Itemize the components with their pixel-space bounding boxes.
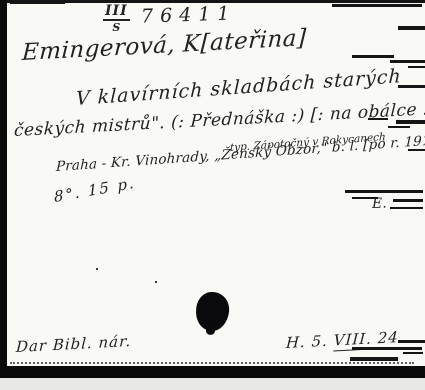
scan-streak [390, 207, 423, 209]
scan-streak [388, 126, 410, 128]
scan-streak [352, 197, 378, 199]
scan-streak [345, 190, 423, 193]
accession-date-year: 24 [377, 328, 399, 347]
call-number-class: III S [103, 4, 130, 33]
scan-streak [390, 60, 425, 63]
scan-streak [332, 4, 422, 7]
scan-streak [368, 118, 388, 120]
scan-speck [155, 281, 157, 283]
call-number-letter: S [112, 22, 120, 33]
accession-date-prefix: H. 5. [286, 332, 329, 352]
scan-streak [350, 357, 398, 361]
scan-streak [403, 352, 423, 354]
accession-number: 76411 [140, 2, 236, 27]
scan-streak [396, 120, 425, 124]
scan-left-border [0, 0, 7, 378]
call-number: III S 76411 [103, 4, 236, 33]
scan-speck [96, 268, 98, 270]
scan-bottom-border [0, 366, 425, 378]
card-bottom-edge [10, 362, 414, 364]
scan-streak [10, 1, 65, 4]
scan-streak [70, 0, 115, 2]
call-number-roman: III [103, 4, 130, 21]
scanned-catalog-card: III S 76411 Emingerová, K[ateřina] V kla… [0, 0, 425, 390]
scan-streak [398, 26, 425, 30]
scan-streak [398, 340, 425, 343]
scan-streak [398, 85, 425, 88]
scan-streak [408, 149, 425, 151]
scan-streak [393, 199, 423, 202]
scan-streak [408, 66, 425, 68]
scan-streak [352, 55, 394, 58]
scan-streak [352, 347, 422, 350]
scanner-margin [0, 378, 425, 390]
